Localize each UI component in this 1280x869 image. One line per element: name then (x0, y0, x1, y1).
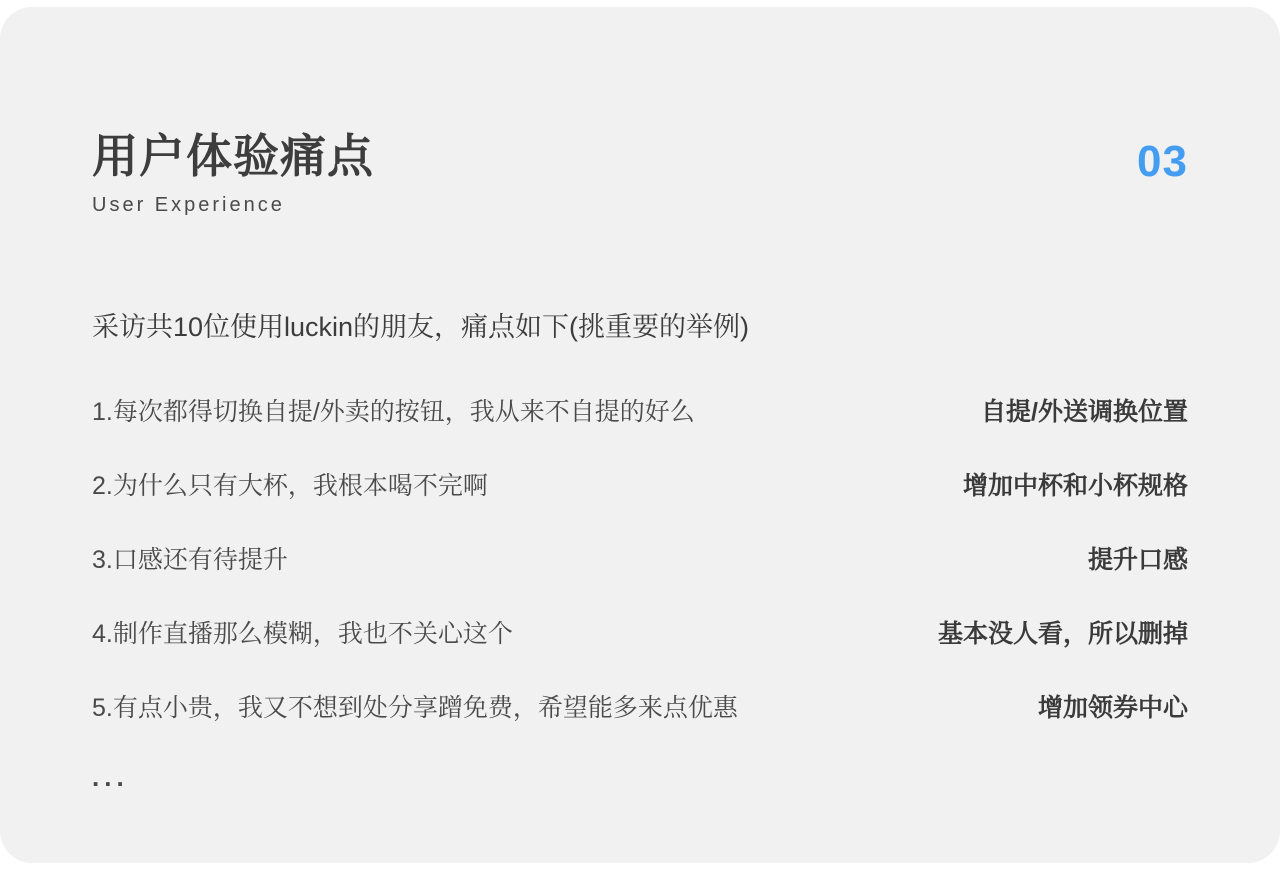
pain-point-row: 5.有点小贵，我又不想到处分享蹭免费，希望能多来点优惠 增加领券中心 (92, 688, 1188, 724)
pain-point-list: 1.每次都得切换自提/外卖的按钮，我从来不自提的好么 自提/外送调换位置 2.为… (92, 392, 1188, 793)
page-subtitle: User Experience (92, 194, 1188, 217)
complaint-text: 5.有点小贵，我又不想到处分享蹭免费，希望能多来点优惠 (92, 688, 738, 724)
solution-text: 增加领券中心 (1038, 688, 1188, 724)
solution-text: 自提/外送调换位置 (981, 392, 1188, 428)
slide-content: 用户体验痛点 User Experience 03 采访共10位使用luckin… (0, 7, 1280, 863)
complaint-text: 3.口感还有待提升 (92, 540, 288, 576)
complaint-text: 4.制作直播那么模糊，我也不关心这个 (92, 614, 513, 650)
pain-point-row: 4.制作直播那么模糊，我也不关心这个 基本没人看，所以删掉 (92, 614, 1188, 650)
complaint-text: 1.每次都得切换自提/外卖的按钮，我从来不自提的好么 (92, 392, 695, 428)
pain-point-row: 1.每次都得切换自提/外卖的按钮，我从来不自提的好么 自提/外送调换位置 (92, 392, 1188, 428)
slide-card: 用户体验痛点 User Experience 03 采访共10位使用luckin… (0, 7, 1280, 863)
solution-text: 增加中杯和小杯规格 (963, 466, 1188, 502)
solution-text: 提升口感 (1088, 540, 1188, 576)
page-title: 用户体验痛点 (92, 129, 1188, 184)
slide-header: 用户体验痛点 User Experience 03 (92, 129, 1188, 217)
complaint-text: 2.为什么只有大杯，我根本喝不完啊 (92, 466, 488, 502)
pain-point-row: 2.为什么只有大杯，我根本喝不完啊 增加中杯和小杯规格 (92, 466, 1188, 502)
ellipsis-text: ... (92, 762, 1188, 793)
page-number: 03 (1137, 137, 1188, 187)
intro-text: 采访共10位使用luckin的朋友，痛点如下(挑重要的举例) (92, 305, 1188, 344)
pain-point-row: 3.口感还有待提升 提升口感 (92, 540, 1188, 576)
solution-text: 基本没人看，所以删掉 (938, 614, 1188, 650)
